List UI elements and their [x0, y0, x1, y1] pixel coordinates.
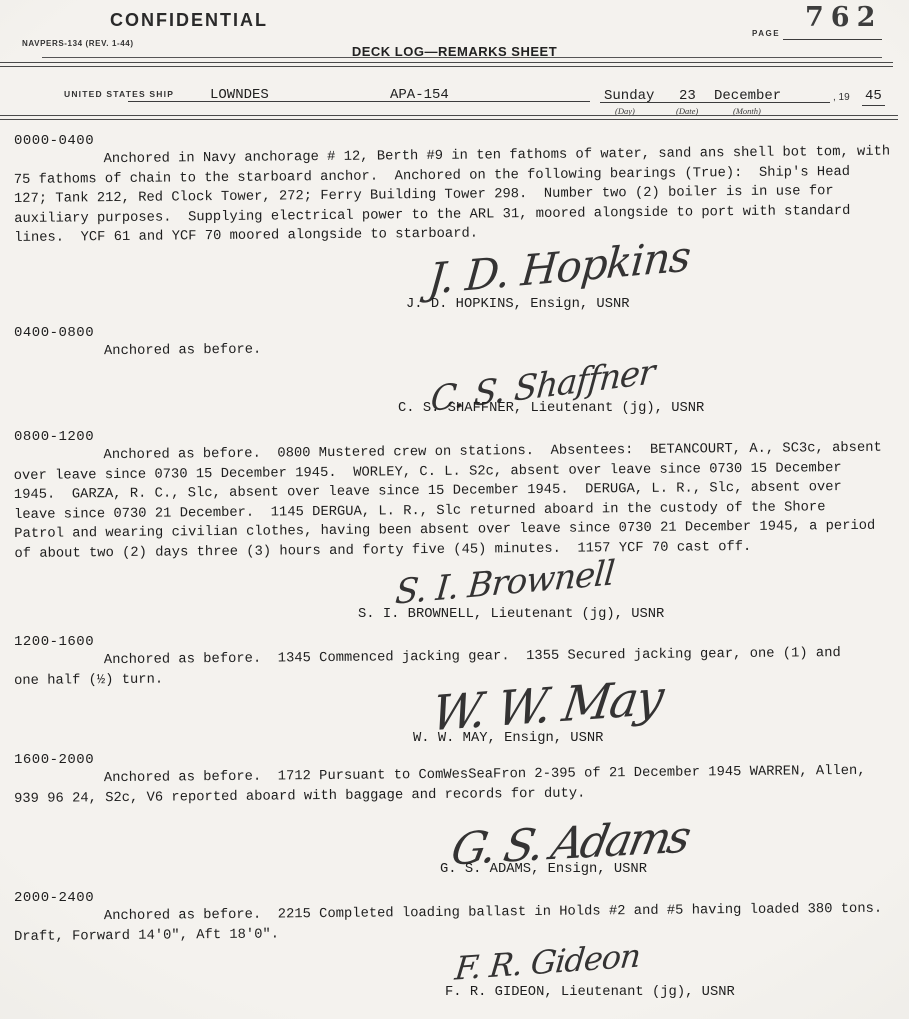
header-divider-thin: [42, 57, 882, 58]
entry-time-1600-2000: 1600-2000: [14, 752, 94, 768]
signature-script-brownell: S. I. Brownell: [394, 553, 616, 613]
signature-typed-may: W. W. MAY, Ensign, USNR: [413, 731, 603, 746]
classification-stamp: CONFIDENTIAL: [110, 10, 268, 31]
page-number-line: [783, 39, 882, 40]
entry-time-1200-1600: 1200-1600: [14, 634, 94, 650]
page-number: 762: [805, 2, 882, 33]
signature-typed-shaffner: C. S. SHAFFNER, Lieutenant (jg), USNR: [398, 401, 704, 416]
signature-script-gideon: F. R. Gideon: [453, 936, 642, 987]
entry-time-0000-0400: 0000-0400: [14, 133, 94, 149]
signature-typed-brownell: S. I. BROWNELL, Lieutenant (jg), USNR: [358, 607, 664, 622]
entry-text-0000-0400: Anchored in Navy anchorage # 12, Berth #…: [14, 143, 899, 249]
entry-time-0800-1200: 0800-1200: [14, 429, 94, 445]
entry-time-0400-0800: 0400-0800: [14, 325, 94, 341]
ship-row-divider: [0, 115, 898, 120]
entry-text-1600-2000: Anchored as before. 1712 Pursuant to Com…: [14, 762, 898, 809]
year-value: 45: [862, 88, 885, 106]
deck-log-page: CONFIDENTIAL 762 PAGE NAVPERS-134 (REV. …: [0, 0, 909, 1019]
date-underline: [600, 102, 830, 103]
entry-time-2000-2400: 2000-2400: [14, 890, 94, 906]
entry-text-2000-2400: Anchored as before. 2215 Completed loadi…: [14, 900, 898, 947]
entry-text-0800-1200: Anchored as before. 0800 Mustered crew o…: [13, 439, 898, 564]
signature-typed-gideon: F. R. GIDEON, Lieutenant (jg), USNR: [445, 985, 735, 1000]
ship-label: UNITED STATES SHIP: [64, 89, 174, 99]
page-label: PAGE: [752, 29, 780, 38]
entry-text-0400-0800: Anchored as before.: [14, 335, 898, 363]
signature-typed-adams: G. S. ADAMS, Ensign, USNR: [440, 862, 647, 877]
header-divider-double: [0, 62, 893, 67]
signature-typed-hopkins: J. D. HOPKINS, Ensign, USNR: [406, 297, 630, 312]
ship-name-underline: [128, 101, 590, 102]
year-prefix: , 19: [833, 92, 850, 103]
